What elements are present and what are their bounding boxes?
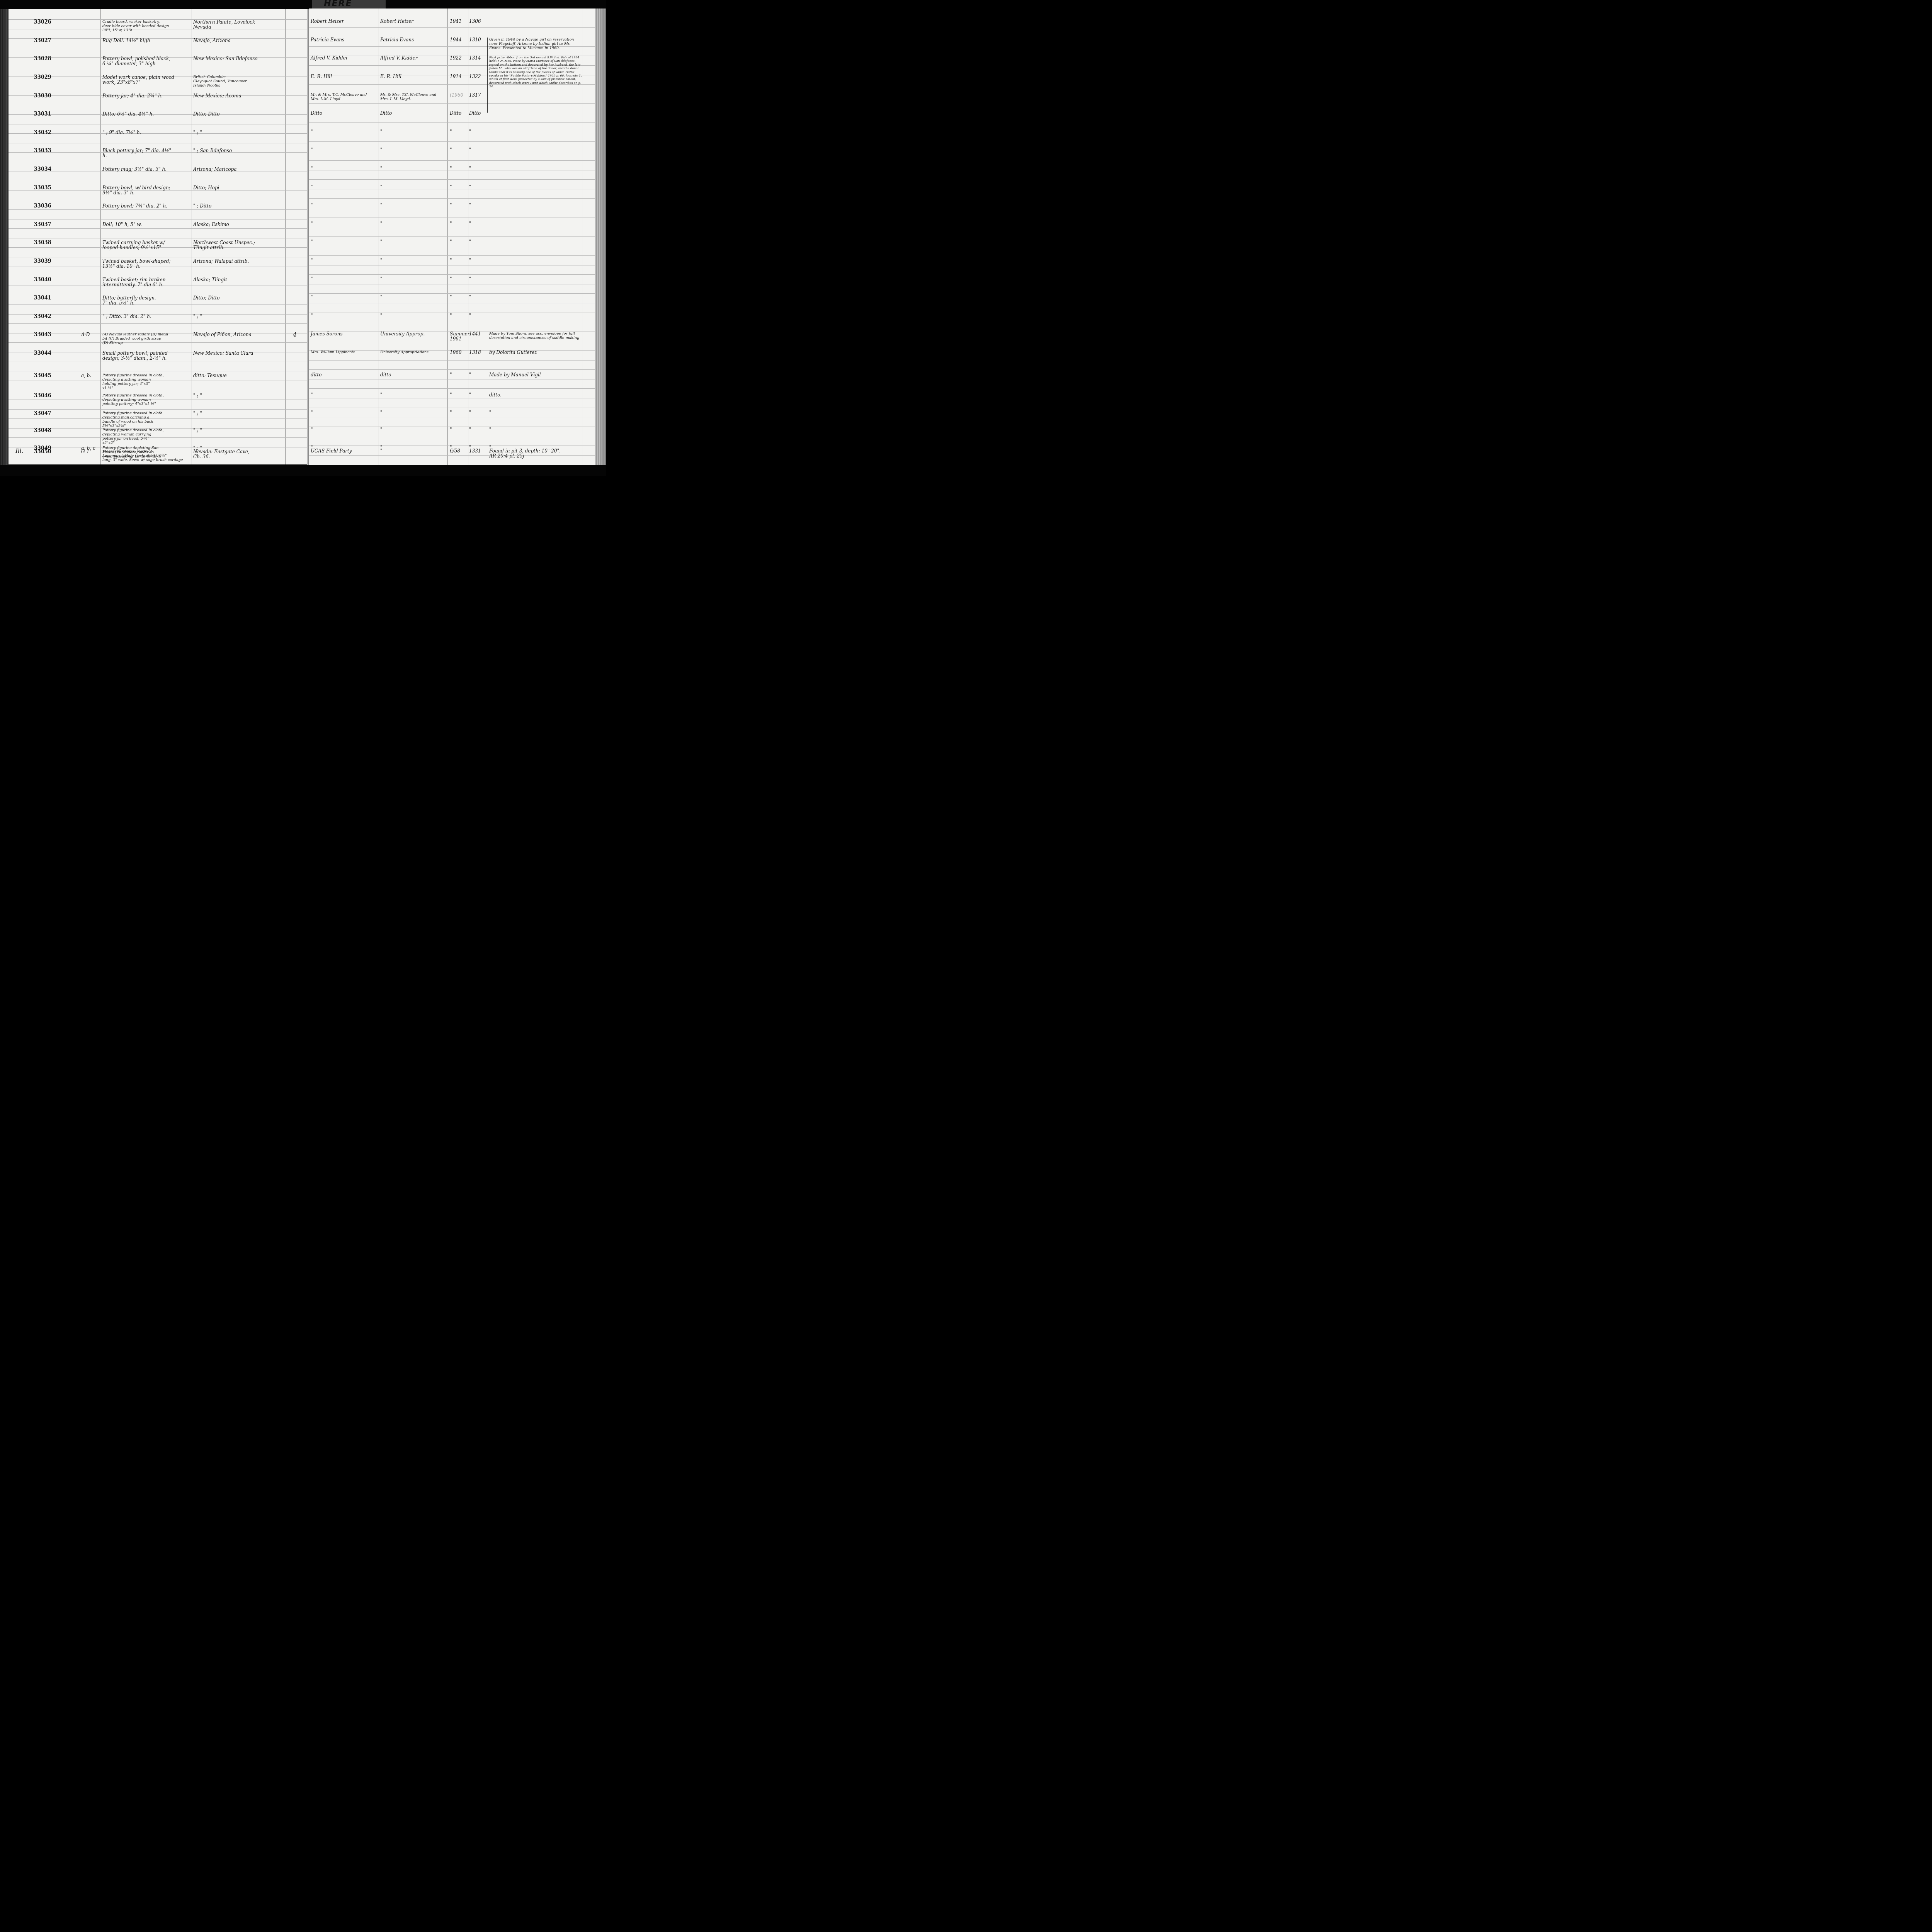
remarks: Given in 1944 by a Navajo girl on reserv…	[489, 37, 582, 50]
catalog-number: 33031	[34, 111, 51, 116]
ruled-line	[309, 388, 595, 389]
accession-number: 1310	[469, 37, 487, 43]
acquisition-source: "	[380, 166, 448, 171]
accession-number: "	[469, 221, 487, 226]
accession-number: Ditto	[469, 111, 487, 116]
item-locality: Nevada: Eastgate Cave, Ch. 36.	[193, 449, 286, 459]
acquisition-source: "	[380, 449, 448, 454]
ruled-line	[9, 257, 309, 257]
item-locality: British Columbia: Clayoquot Sound, Vanco…	[193, 75, 286, 88]
item-description: Pottery figurine dressed in cloth depict…	[102, 411, 192, 428]
acquisition-source: "	[380, 129, 448, 134]
item-description: Twined basket, bowl-shaped; 13½" dia. 10…	[102, 259, 192, 269]
ruled-line	[309, 398, 595, 398]
remarks: by Dolorita Gutierez	[489, 350, 582, 355]
catalog-number: 33046	[34, 393, 51, 398]
ruled-line	[309, 369, 595, 370]
acquisition-year: "	[450, 427, 468, 432]
ruled-line	[9, 67, 309, 67]
acquisition-year: "	[450, 393, 468, 398]
ruled-line	[9, 276, 309, 276]
accession-number: "	[469, 185, 487, 190]
book-edge-left	[0, 9, 9, 465]
item-quantity: 4	[293, 332, 297, 338]
item-description: Twined carrying basket w/ looped handles…	[102, 240, 192, 250]
acquisition-source: Mr. & Mrs. T.C. McCleave and Mrs. L.M. L…	[380, 93, 448, 101]
ruled-line	[9, 238, 309, 238]
acquisition-source: University Approp.	[380, 332, 448, 337]
acquisition-source: E. R. Hill	[380, 74, 448, 79]
donor-name: "	[311, 277, 379, 282]
catalog-number: 33028	[34, 56, 51, 61]
ruled-line	[9, 371, 309, 371]
ruled-line	[309, 408, 595, 408]
ruled-line	[309, 313, 595, 313]
donor-name: "	[311, 258, 379, 263]
donor-name: Ditto	[311, 111, 379, 116]
item-locality: Alaska; Eskimo	[193, 222, 286, 227]
acquisition-year: "	[450, 148, 468, 153]
remarks: Made by Manuel Vigil	[489, 372, 582, 378]
ruled-line	[9, 181, 309, 181]
item-locality: New Mexico; Acoma	[193, 94, 286, 99]
catalog-number: 33045	[34, 372, 51, 378]
column-rule	[379, 9, 379, 465]
catalog-number: 33043	[34, 332, 51, 337]
acquisition-year: Summer 1961	[450, 332, 468, 342]
ruled-line	[309, 236, 595, 237]
acquisition-source: Alfred V. Kidder	[380, 56, 448, 61]
accession-number: "	[469, 313, 487, 318]
ruled-line	[309, 198, 595, 199]
acquisition-source: "	[380, 185, 448, 190]
item-locality: " ; "	[193, 314, 286, 319]
remarks: "	[489, 410, 582, 415]
ruled-line	[309, 417, 595, 417]
catalog-number: 33037	[34, 221, 51, 226]
item-description: Pottery figurine dressed in cloth, depic…	[102, 428, 192, 445]
item-locality: " ; "	[193, 411, 286, 416]
acquisition-year: Ditto	[450, 111, 468, 116]
acquisition-source: "	[380, 313, 448, 318]
catalog-number: 33041	[34, 295, 51, 300]
column-rule	[583, 9, 583, 465]
item-locality: Navajo of Piñon, Arizona	[193, 332, 286, 337]
ruled-line	[309, 255, 595, 256]
ruled-line	[309, 379, 595, 379]
ruled-line	[9, 228, 309, 229]
item-description: Small pottery bowl, painted design; 3-½"…	[102, 351, 192, 361]
item-locality: ditto: Tesuque	[193, 373, 286, 378]
acquisition-year: 1941	[450, 19, 468, 24]
ruled-line	[309, 246, 595, 246]
accession-number: "	[469, 427, 487, 432]
acquisition-source: "	[380, 410, 448, 415]
catalog-number: 33034	[34, 166, 51, 171]
accession-number: "	[469, 240, 487, 245]
accession-number: 1318	[469, 350, 487, 355]
margin-rule	[23, 9, 23, 464]
item-locality: Navajo, Arizona	[193, 38, 286, 43]
catalog-suffix: A-D	[81, 332, 90, 337]
acquisition-source: Robert Heizer	[380, 19, 448, 24]
acquisition-year: 1960	[450, 350, 468, 355]
catalog-suffix: G-1	[81, 449, 90, 454]
acquisition-year: "	[450, 295, 468, 300]
ruled-line	[309, 303, 595, 303]
accession-number: 1306	[469, 19, 487, 24]
catalog-number: 33032	[34, 129, 51, 134]
ruled-line	[309, 274, 595, 275]
item-description: Pottery figurine dressed in cloth, depic…	[102, 373, 192, 390]
donor-name: E. R. Hill	[311, 74, 379, 79]
accession-number: "	[469, 295, 487, 300]
catalog-number: 33038	[34, 240, 51, 245]
donor-name: ditto	[311, 372, 379, 378]
catalog-number: 33047	[34, 410, 51, 415]
catalog-number: 33026	[34, 19, 51, 24]
item-description: Pottery jar; 4" dia. 2¾" h.	[102, 94, 192, 99]
acquisition-year: "	[450, 410, 468, 415]
item-description: Moccasin; child's. Made of Lagomorph Hid…	[102, 449, 192, 462]
ruled-line	[9, 124, 309, 124]
remarks: ditto.	[489, 393, 582, 398]
column-rule	[100, 9, 101, 464]
ruled-line	[309, 227, 595, 227]
item-description: Pottery bowl; 7¾" dia. 2" h.	[102, 204, 192, 209]
item-locality: " ; "	[193, 130, 286, 135]
item-locality: Northern Paiute, Lovelock Nevada	[193, 20, 286, 30]
item-locality: " ; Ditto	[193, 204, 286, 209]
ruled-line	[309, 427, 595, 427]
ruled-line	[309, 293, 595, 294]
page-marker-tab: HERE	[312, 0, 386, 9]
ruled-line	[9, 323, 309, 324]
accession-number: "	[469, 166, 487, 171]
acquisition-source: Patricia Evans	[380, 37, 448, 43]
acquisition-year: "	[450, 240, 468, 245]
acquisition-source: "	[380, 393, 448, 398]
acquisition-year: "	[450, 313, 468, 318]
catalog-suffix: a, b.	[81, 373, 91, 378]
accession-number: 1331	[469, 449, 487, 454]
acquisition-year: 1914	[450, 74, 468, 79]
ruled-line	[9, 200, 309, 200]
acquisition-year: "	[450, 277, 468, 282]
donor-name: Robert Heizer	[311, 19, 379, 24]
acquisition-year: "	[450, 258, 468, 263]
acquisition-year: "	[450, 129, 468, 134]
remarks: "	[489, 427, 582, 432]
item-description: " ; Ditto. 3" dia. 2" h.	[102, 314, 192, 319]
donor-name: "	[311, 393, 379, 398]
ruled-line	[9, 48, 309, 48]
acquisition-year: "	[450, 221, 468, 226]
acquisition-year: "	[450, 166, 468, 171]
accession-number: "	[469, 393, 487, 398]
catalog-number: 33030	[34, 93, 51, 98]
margin-note: Ill.	[15, 448, 23, 454]
ruled-line	[9, 362, 309, 362]
donor-name: Alfred V. Kidder	[311, 56, 379, 61]
ledger-scan: HERE 33026Cradle board, wicker basketry,…	[0, 0, 606, 476]
item-locality: Northwest Coast Unspec.; Tlingit attrib.	[193, 240, 286, 250]
ruled-line	[309, 322, 595, 322]
item-locality: Arizona; Maricopa	[193, 167, 286, 172]
donor-name: Mrs. William Lippincott	[311, 350, 379, 354]
left-page: 33026Cradle board, wicker basketry, deer…	[9, 9, 309, 464]
remarks: Found in pit 3, depth: 10"-20". AR 20:4 …	[489, 449, 582, 459]
catalog-number: 33033	[34, 148, 51, 153]
donor-name: "	[311, 427, 379, 432]
ruled-line	[309, 27, 595, 28]
donor-name: "	[311, 148, 379, 153]
accession-number: "	[469, 258, 487, 263]
donor-name: "	[311, 221, 379, 226]
donor-name: UCAS Field Party	[311, 449, 379, 454]
acquisition-source: "	[380, 427, 448, 432]
item-description: Twined basket; rim broken intermittently…	[102, 277, 192, 287]
ruled-line	[309, 284, 595, 284]
acquisition-source: "	[380, 203, 448, 208]
donor-name: "	[311, 410, 379, 415]
accession-number: "	[469, 203, 487, 208]
donor-name: "	[311, 129, 379, 134]
accession-number: 1314	[469, 56, 487, 61]
remarks: Made by Tom Shoni, see acc. envelope for…	[489, 332, 582, 340]
right-page: Robert HeizerRobert Heizer19411306Patric…	[309, 9, 595, 465]
column-rule	[79, 9, 79, 464]
acquisition-source: "	[380, 295, 448, 300]
catalog-number: 33035	[34, 185, 51, 190]
acquisition-source: "	[380, 240, 448, 245]
ruled-line	[309, 179, 595, 180]
acquisition-year: 6/58	[450, 449, 468, 454]
ruled-line	[309, 218, 595, 218]
acquisition-year: "	[450, 203, 468, 208]
accession-number: "	[469, 410, 487, 415]
item-description: Pottery bowl, polished black, 6-¼" diame…	[102, 56, 192, 66]
item-description: Pottery figurine dressed in cloth, depic…	[102, 393, 192, 406]
acquisition-source: Ditto	[380, 111, 448, 116]
ruled-line	[309, 18, 595, 18]
ruled-line	[309, 360, 595, 361]
ruled-line	[309, 436, 595, 436]
item-locality: Ditto; Ditto	[193, 112, 286, 117]
acquisition-year: "	[450, 372, 468, 378]
ruled-line	[9, 143, 309, 143]
item-description: Model work canoe, plain wood work, 23"x8…	[102, 75, 192, 85]
donor-name: "	[311, 313, 379, 318]
item-description: (A) Navajo leather saddle (B) metal bit …	[102, 332, 192, 345]
donor-name: "	[311, 240, 379, 245]
acquisition-year: 1922	[450, 56, 468, 61]
catalog-number: 33029	[34, 74, 51, 79]
item-description: Ditto; butterfly design. 7" dia. 5½" h.	[102, 296, 192, 306]
ruled-line	[9, 105, 309, 105]
ruled-line	[9, 162, 309, 162]
catalog-number: 33044	[34, 350, 51, 355]
item-locality: Ditto; Ditto	[193, 296, 286, 301]
acquisition-year: (1960	[450, 93, 468, 98]
item-locality: Alaska; Tlingit	[193, 277, 286, 282]
catalog-number: 33036	[34, 203, 51, 208]
ruled-line	[309, 265, 595, 265]
acquisition-source: "	[380, 277, 448, 282]
item-locality: " ; San Ildefonso	[193, 148, 286, 153]
item-description: Ditto; 6½" dia. 4½" h.	[102, 112, 192, 117]
acquisition-source: "	[380, 221, 448, 226]
remarks-bracket	[487, 55, 488, 113]
accession-number: 1317	[469, 93, 487, 98]
remarks: First prize ribbon from the 3rd annual S…	[489, 56, 582, 88]
item-locality: Ditto; Hopi	[193, 185, 286, 190]
acquisition-year: 1944	[450, 37, 468, 43]
item-locality: Arizona; Walapai attrib.	[193, 259, 286, 264]
catalog-number: 33040	[34, 277, 51, 282]
ruled-line	[309, 103, 595, 104]
ruled-line	[309, 122, 595, 123]
item-description: Pottery bowl, w/ bird design; 9½" dia. 3…	[102, 185, 192, 196]
item-description: Cradle board, wicker basketry, deer hide…	[102, 20, 192, 32]
donor-name: "	[311, 185, 379, 190]
acquisition-year: "	[450, 185, 468, 190]
item-locality: " ; "	[193, 428, 286, 433]
catalog-number: 33042	[34, 313, 51, 318]
donor-name: "	[311, 295, 379, 300]
item-locality: " ; "	[193, 393, 286, 398]
ruled-line	[9, 209, 309, 210]
donor-name: James Sorons	[311, 332, 379, 337]
ruled-line	[309, 160, 595, 161]
acquisition-source: "	[380, 148, 448, 153]
item-description: " ; 9" dia. 7½" h.	[102, 130, 192, 135]
catalog-number: 33027	[34, 37, 51, 43]
item-description: Doll; 10" h, 5" w.	[102, 222, 192, 227]
item-description: Black pottery jar; 7" dia. 4½" h.	[102, 148, 192, 158]
accession-number: "	[469, 372, 487, 378]
item-description: Pottery mug; 3½" dia. 3" h.	[102, 167, 192, 172]
ruled-line	[309, 141, 595, 142]
accession-number: "	[469, 148, 487, 153]
acquisition-source: "	[380, 258, 448, 263]
ruled-line	[9, 409, 309, 410]
catalog-number: 33039	[34, 258, 51, 263]
catalog-number: 33050	[34, 449, 51, 454]
ruled-line	[309, 208, 595, 208]
donor-name: Patricia Evans	[311, 37, 379, 43]
catalog-number: 33048	[34, 427, 51, 432]
item-locality: New Mexico: Santa Clara	[193, 351, 286, 356]
accession-number: 1322	[469, 74, 487, 79]
accession-number: "	[469, 129, 487, 134]
donor-name: "	[311, 203, 379, 208]
acquisition-source: ditto	[380, 372, 448, 378]
ruled-line	[9, 219, 309, 219]
accession-number: 1441	[469, 332, 487, 337]
item-description: Rug Doll. 14½" high	[102, 38, 192, 43]
item-locality: New Mexico: San Ildefonso	[193, 56, 286, 61]
donor-name: Mr. & Mrs. T.C. McCleave and Mrs. L.M. L…	[311, 93, 379, 101]
book-edge-right	[595, 9, 606, 465]
donor-name: "	[311, 166, 379, 171]
acquisition-source: University Appropriations	[380, 350, 448, 354]
accession-number: "	[469, 277, 487, 282]
